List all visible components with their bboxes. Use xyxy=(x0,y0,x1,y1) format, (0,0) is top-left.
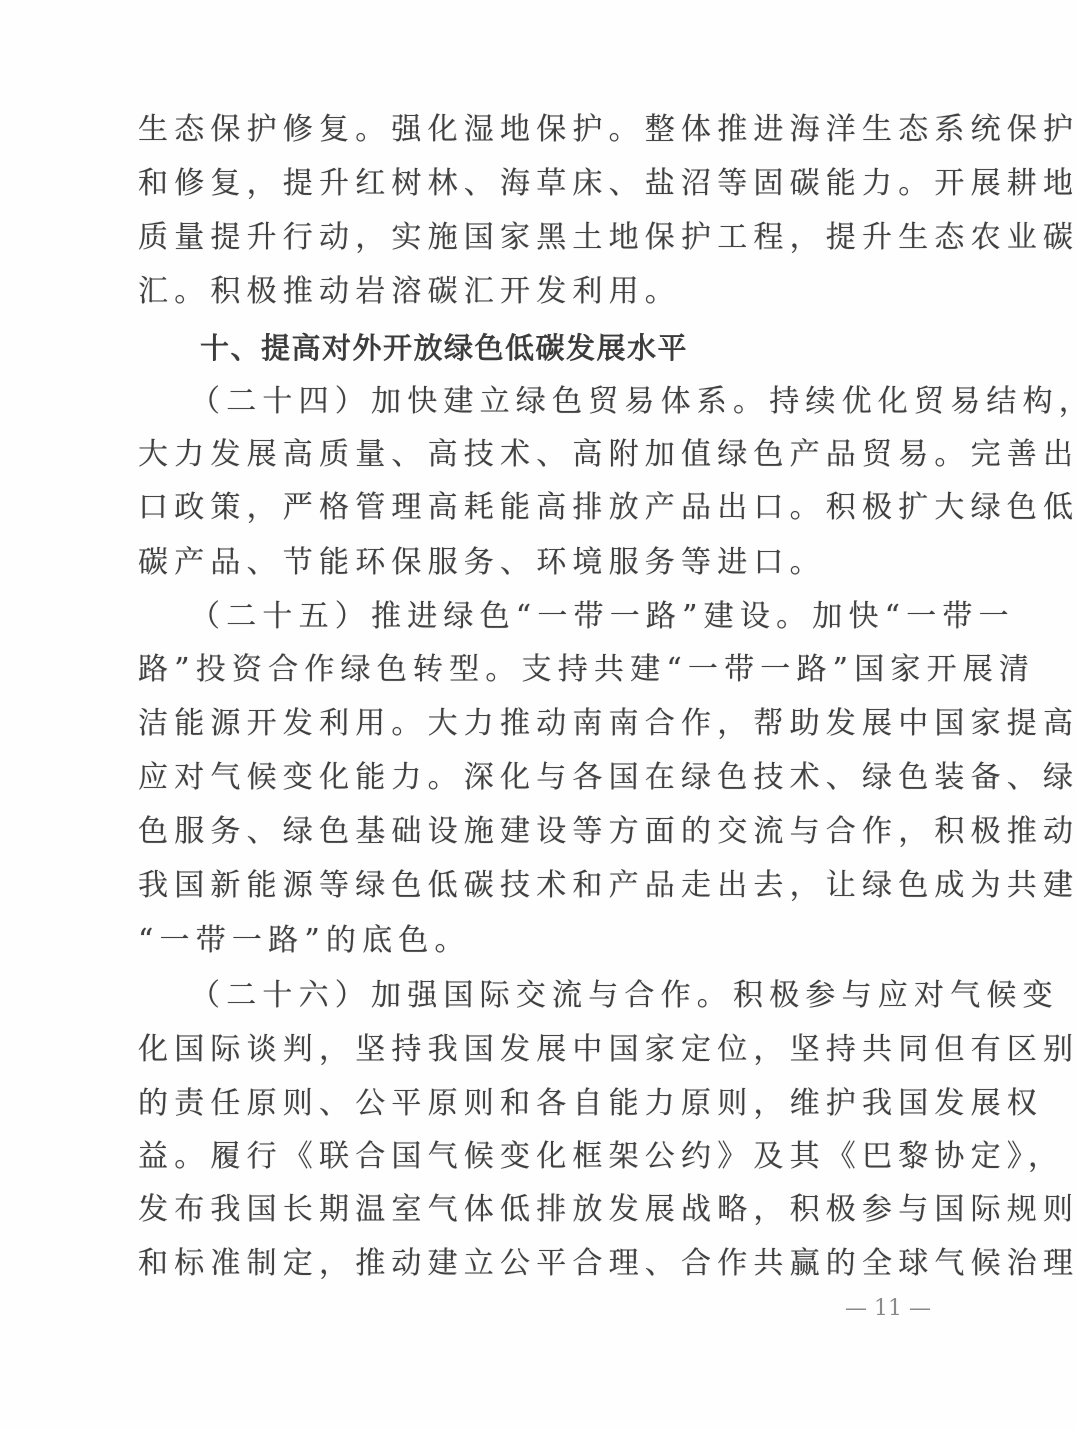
paragraph-26-line: 益。履行《联合国气候变化框架公约》及其《巴黎协定》， xyxy=(138,1137,968,1177)
paragraph-25-line: 我国新能源等绿色低碳技术和产品走出去，让绿色成为共建 xyxy=(138,866,968,906)
paragraph-26-line: 的责任原则、公平原则和各自能力原则，维护我国发展权 xyxy=(138,1084,968,1124)
page-number: — 11 — xyxy=(818,1294,958,1324)
text-line: 汇。积极推动岩溶碳汇开发利用。 xyxy=(138,272,968,312)
paragraph-24-line: 口政策，严格管理高耗能高排放产品出口。积极扩大绿色低 xyxy=(138,488,968,528)
paragraph-26-line: （二十六）加强国际交流与合作。积极参与应对气候变 xyxy=(190,976,970,1016)
paragraph-26-line: 化国际谈判，坚持我国发展中国家定位，坚持共同但有区别 xyxy=(138,1030,968,1070)
paragraph-24-line: 碳产品、节能环保服务、环境服务等进口。 xyxy=(138,543,968,583)
text-line: 和修复，提升红树林、海草床、盐沼等固碳能力。开展耕地 xyxy=(138,164,968,204)
paragraph-25-line: （二十五）推进绿色“一带一路”建设。加快“一带一 xyxy=(190,597,970,637)
paragraph-24-line: （二十四）加快建立绿色贸易体系。持续优化贸易结构， xyxy=(190,382,970,422)
paragraph-26-line: 和标准制定，推动建立公平合理、合作共赢的全球气候治理 xyxy=(138,1244,968,1284)
paragraph-25-line: 路”投资合作绿色转型。支持共建“一带一路”国家开展清 xyxy=(138,650,968,690)
document-page: 生态保护修复。强化湿地保护。整体推进海洋生态系统保护 和修复，提升红树林、海草床… xyxy=(0,0,1076,1430)
text-line: 质量提升行动，实施国家黑土地保护工程，提升生态农业碳 xyxy=(138,218,968,258)
text-line: 生态保护修复。强化湿地保护。整体推进海洋生态系统保护 xyxy=(138,110,968,150)
section-heading: 十、提高对外开放绿色低碳发展水平 xyxy=(200,328,688,368)
paragraph-26-line: 发布我国长期温室气体低排放发展战略，积极参与国际规则 xyxy=(138,1190,968,1230)
paragraph-25-line: 应对气候变化能力。深化与各国在绿色技术、绿色装备、绿 xyxy=(138,758,968,798)
paragraph-25-line: 色服务、绿色基础设施建设等方面的交流与合作，积极推动 xyxy=(138,812,968,852)
paragraph-25-line: 洁能源开发利用。大力推动南南合作，帮助发展中国家提高 xyxy=(138,704,968,744)
paragraph-24-line: 大力发展高质量、高技术、高附加值绿色产品贸易。完善出 xyxy=(138,435,968,475)
paragraph-25-line: “一带一路”的底色。 xyxy=(138,921,968,961)
